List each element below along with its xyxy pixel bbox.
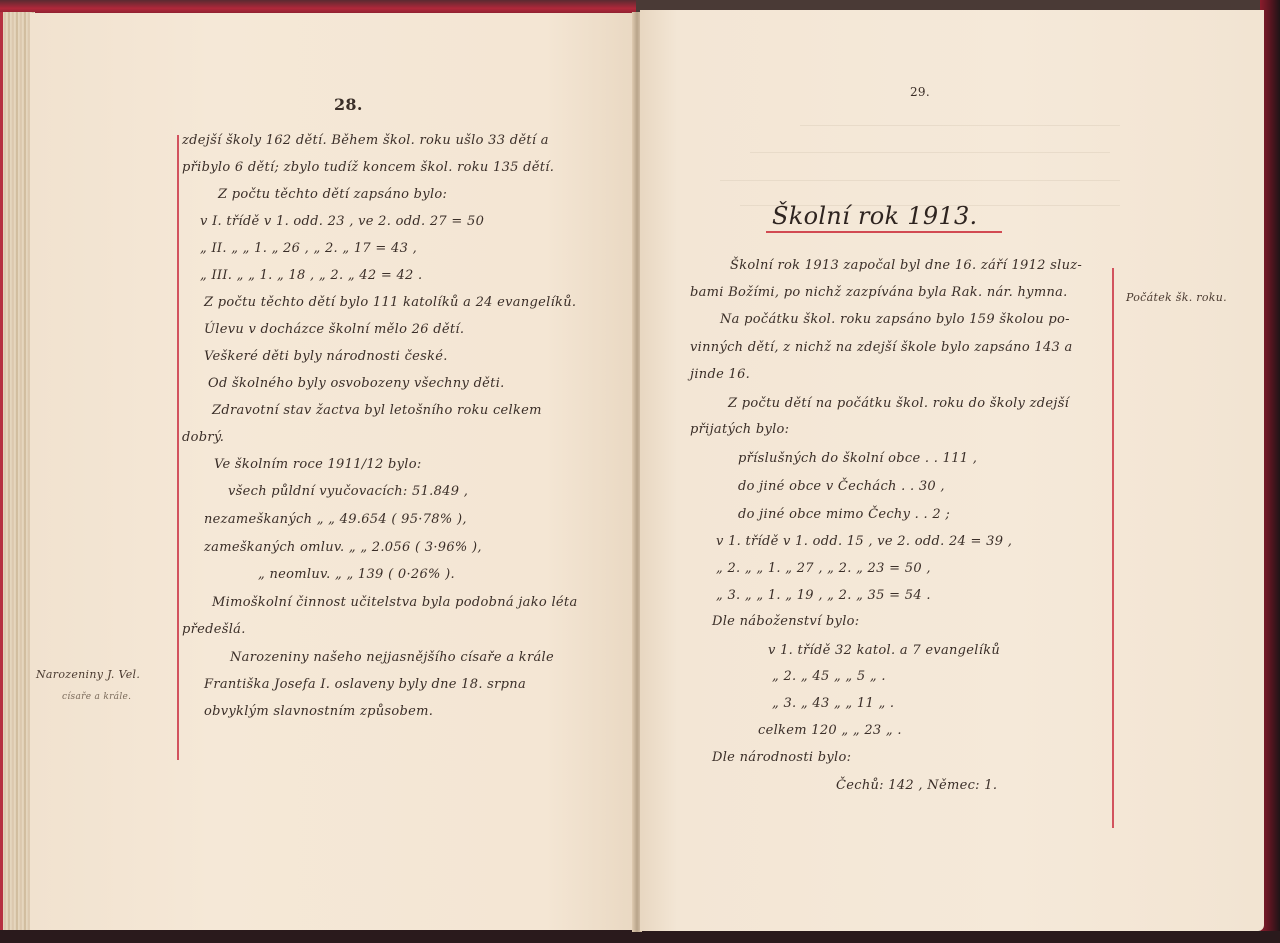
right-line-16: „ 2. „ 45 „ „ 5 „ . <box>772 669 886 684</box>
left-line-4: v I. třídě v 1. odd. 23 , ve 2. odd. 27 … <box>200 214 484 229</box>
right-line-2: bami Božími, po nichž zazpívána byla Rak… <box>690 285 1068 300</box>
left-line-16: zameškaných omluv. „ „ 2.056 ( 3·96% ), <box>204 540 482 555</box>
right-page-title: Školní rok 1913. <box>772 202 977 230</box>
left-line-22: obvyklým slavnostním způsobem. <box>204 704 433 719</box>
left-line-17: „ neomluv. „ „ 139 ( 0·26% ). <box>258 567 455 582</box>
bleed-through-line <box>720 180 1120 181</box>
left-line-3: Z počtu těchto dětí zapsáno bylo: <box>218 187 447 202</box>
left-line-12: dobrý. <box>182 430 224 445</box>
left-line-7: Z počtu těchto dětí bylo 111 katolíků a … <box>204 295 576 310</box>
left-line-10: Od školného byly osvobozeny všechny děti… <box>208 376 505 391</box>
right-margin-note: Počátek šk. roku. <box>1126 291 1227 304</box>
left-line-13: Ve školním roce 1911/12 bylo: <box>214 457 422 472</box>
right-line-19: Dle národnosti bylo: <box>712 750 851 765</box>
right-line-6: Z počtu dětí na počátku škol. roku do šk… <box>728 396 1069 411</box>
left-margin-note-line-2: císaře a krále. <box>62 692 131 702</box>
right-line-10: do jiné obce mimo Čechy . . 2 ; <box>738 507 950 522</box>
left-line-15: nezameškaných „ „ 49.654 ( 95·78% ), <box>204 512 467 527</box>
right-page-margin-line <box>1112 268 1114 828</box>
right-line-15: v 1. třídě 32 katol. a 7 evangelíků <box>768 643 1000 658</box>
right-line-9: do jiné obce v Čechách . . 30 , <box>738 479 945 494</box>
right-line-13: „ 3. „ „ 1. „ 19 , „ 2. „ 35 = 54 . <box>716 588 931 603</box>
left-line-9: Veškeré děti byly národnosti české. <box>204 349 448 364</box>
left-margin-note-line-1: Narozeniny J. Vel. <box>36 668 140 681</box>
right-line-14: Dle náboženství bylo: <box>712 614 859 629</box>
left-line-8: Úlevu v docházce školní mělo 26 dětí. <box>204 322 464 337</box>
left-page-number: 28. <box>334 95 363 114</box>
bleed-through-line <box>800 125 1120 126</box>
left-line-19: předešlá. <box>182 622 246 637</box>
bleed-through-line <box>750 152 1110 153</box>
right-line-18: celkem 120 „ „ 23 „ . <box>758 723 902 738</box>
left-line-5: „ II. „ „ 1. „ 26 , „ 2. „ 17 = 43 , <box>200 241 417 256</box>
right-line-17: „ 3. „ 43 „ „ 11 „ . <box>772 696 894 711</box>
right-line-7: přijatých bylo: <box>690 422 789 437</box>
left-line-20: Narozeniny našeho nejjasnějšího císaře a… <box>230 650 554 665</box>
left-line-21: Františka Josefa I. oslaveny byly dne 18… <box>204 677 526 692</box>
left-line-18: Mimoškolní činnost učitelstva byla podob… <box>212 595 578 610</box>
left-line-1: zdejší školy 162 dětí. Během škol. roku … <box>182 133 549 148</box>
left-line-6: „ III. „ „ 1. „ 18 , „ 2. „ 42 = 42 . <box>200 268 423 283</box>
right-line-8: příslušných do školní obce . . 111 , <box>738 451 977 466</box>
right-line-20: Čechů: 142 , Němec: 1. <box>836 778 997 793</box>
right-line-12: „ 2. „ „ 1. „ 27 , „ 2. „ 23 = 50 , <box>716 561 931 576</box>
right-line-5: jinde 16. <box>690 367 750 382</box>
left-line-11: Zdravotní stav žactva byl letošního roku… <box>212 403 542 418</box>
left-page-margin-line <box>177 135 179 760</box>
right-page-number: 29. <box>910 85 930 99</box>
book-cover-bottom <box>0 931 1280 943</box>
left-line-14: všech půldní vyučovacích: 51.849 , <box>228 484 468 499</box>
left-line-2: přibylo 6 dětí; zbylo tudíž koncem škol.… <box>182 160 554 175</box>
title-underline <box>766 231 1002 233</box>
book-cover-top-left <box>0 0 636 14</box>
right-line-4: vinných dětí, z nichž na zdejší škole by… <box>690 340 1073 355</box>
right-line-11: v 1. třídě v 1. odd. 15 , ve 2. odd. 24 … <box>716 534 1012 549</box>
right-line-1: Školní rok 1913 započal byl dne 16. září… <box>730 258 1082 273</box>
right-line-3: Na počátku škol. roku zapsáno bylo 159 š… <box>720 312 1070 327</box>
